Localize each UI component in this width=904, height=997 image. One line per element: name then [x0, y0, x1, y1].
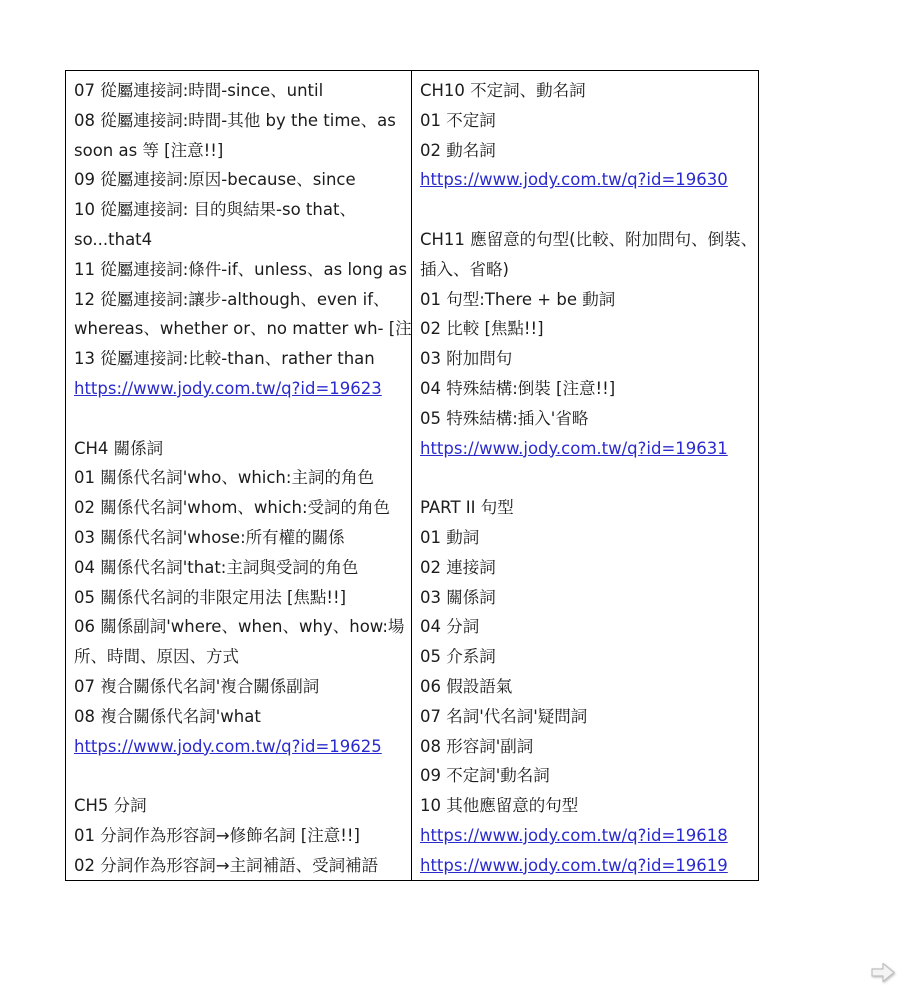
list-line: 02 關係代名詞'whom、which:受詞的角色 [74, 493, 405, 523]
lesson-hyperlink[interactable]: https://www.jody.com.tw/q?id=19631 [420, 439, 728, 458]
list-line: 04 分詞 [420, 612, 752, 642]
list-line: 03 關係代名詞'whose:所有權的關係 [74, 523, 405, 553]
list-line: 10 其他應留意的句型 [420, 791, 752, 821]
list-line: 03 附加問句 [420, 344, 752, 374]
list-line: 02 連接詞 [420, 553, 752, 583]
list-line: 05 特殊結構:插入'省略 [420, 404, 752, 434]
list-line: 10 從屬連接詞: 目的與結果-so that、 [74, 195, 405, 225]
list-line: 08 複合關係代名詞'what [74, 702, 405, 732]
list-line: CH4 關係詞 [74, 434, 405, 464]
lesson-index-table: 07 從屬連接詞:時間-since、until08 從屬連接詞:時間-其他 by… [65, 70, 759, 881]
list-line: 02 分詞作為形容詞→主詞補語、受詞補語 [74, 851, 405, 880]
list-line: soon as 等 [注意!!] [74, 136, 405, 166]
list-line: 02 動名詞 [420, 136, 752, 166]
hyperlink-line: https://www.jody.com.tw/q?id=19618 [420, 821, 752, 851]
lesson-hyperlink[interactable]: https://www.jody.com.tw/q?id=19623 [74, 379, 382, 398]
list-line: 07 名詞'代名詞'疑問詞 [420, 702, 752, 732]
list-line: 13 從屬連接詞:比較-than、rather than [74, 344, 405, 374]
list-line: CH5 分詞 [74, 791, 405, 821]
list-line: 02 比較 [焦點!!] [420, 314, 752, 344]
lesson-hyperlink[interactable]: https://www.jody.com.tw/q?id=19619 [420, 856, 728, 875]
list-line: PART II 句型 [420, 493, 752, 523]
table-cell-right: CH10 不定詞、動名詞01 不定詞02 動名詞https://www.jody… [412, 71, 758, 880]
hyperlink-line: https://www.jody.com.tw/q?id=19619 [420, 851, 752, 880]
hyperlink-line: https://www.jody.com.tw/q?id=19630 [420, 165, 752, 195]
list-line: 08 從屬連接詞:時間-其他 by the time、as [74, 106, 405, 136]
table-cell-left: 07 從屬連接詞:時間-since、until08 從屬連接詞:時間-其他 by… [66, 71, 412, 880]
hyperlink-line: https://www.jody.com.tw/q?id=19631 [420, 434, 752, 464]
list-line: 01 不定詞 [420, 106, 752, 136]
list-line: 所、時間、原因、方式 [74, 642, 405, 672]
list-line: 06 假設語氣 [420, 672, 752, 702]
blank-line [74, 404, 405, 434]
list-line: 01 分詞作為形容詞→修飾名詞 [注意!!] [74, 821, 405, 851]
list-line: 03 關係詞 [420, 583, 752, 613]
list-line: CH11 應留意的句型(比較、附加問句、倒裝、 [420, 225, 752, 255]
list-line: 07 從屬連接詞:時間-since、until [74, 76, 405, 106]
lesson-hyperlink[interactable]: https://www.jody.com.tw/q?id=19630 [420, 170, 728, 189]
list-line: 04 特殊結構:倒裝 [注意!!] [420, 374, 752, 404]
list-line: 11 從屬連接詞:條件-if、unless、as long as [74, 255, 405, 285]
list-line: 05 介系詞 [420, 642, 752, 672]
list-line: 插入、省略) [420, 255, 752, 285]
list-line: 01 關係代名詞'who、which:主詞的角色 [74, 463, 405, 493]
lesson-hyperlink[interactable]: https://www.jody.com.tw/q?id=19625 [74, 737, 382, 756]
list-line: 09 不定詞'動名詞 [420, 761, 752, 791]
list-line: 12 從屬連接詞:讓步-although、even if、 [74, 285, 405, 315]
list-line: 09 從屬連接詞:原因-because、since [74, 165, 405, 195]
list-line: CH10 不定詞、動名詞 [420, 76, 752, 106]
blank-line [420, 463, 752, 493]
list-line: 06 關係副詞'where、when、why、how:場 [74, 612, 405, 642]
list-line: 01 動詞 [420, 523, 752, 553]
next-page-arrow-icon[interactable] [869, 960, 897, 986]
hyperlink-line: https://www.jody.com.tw/q?id=19625 [74, 732, 405, 762]
list-line: so...that4 [74, 225, 405, 255]
list-line: 08 形容詞'副詞 [420, 732, 752, 762]
lesson-hyperlink[interactable]: https://www.jody.com.tw/q?id=19618 [420, 826, 728, 845]
document-page: { "document": { "background": "#ffffff",… [0, 0, 904, 997]
blank-line [420, 195, 752, 225]
list-line: 01 句型:There + be 動詞 [420, 285, 752, 315]
list-line: 04 關係代名詞'that:主詞與受詞的角色 [74, 553, 405, 583]
hyperlink-line: https://www.jody.com.tw/q?id=19623 [74, 374, 405, 404]
list-line: 05 關係代名詞的非限定用法 [焦點!!] [74, 583, 405, 613]
list-line: whereas、whether or、no matter wh- [注意!!] [74, 314, 405, 344]
list-line: 07 複合關係代名詞'複合關係副詞 [74, 672, 405, 702]
blank-line [74, 761, 405, 791]
